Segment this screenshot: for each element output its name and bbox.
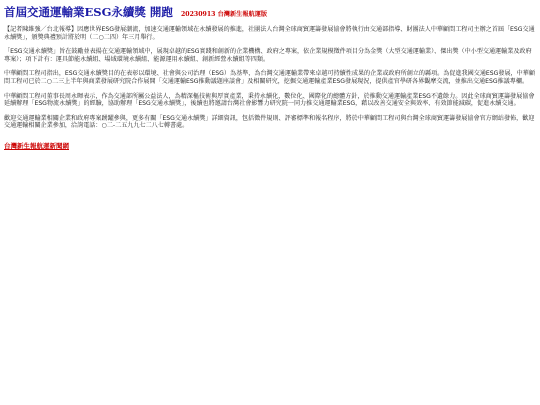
article-paragraph-3: 中華顧問工程司指出，ESG交通永續獎目的在表彰以環境、社會與公司治理（ESG）為… (4, 70, 536, 85)
article-page: 首屆交通運輸業ESG永續獎 開跑 20230913 台灣新生報航運版 【記者陳維… (0, 0, 540, 152)
article-meta: 20230913 台灣新生報航運版 (181, 11, 267, 18)
article-paragraph-1: 【記者陳維強／台北報導】因應世界ESG發展潮流，加速交通運輸領域在永續發展的推進… (4, 26, 536, 41)
source-news-link[interactable]: 台灣新生報航運新聞網 (4, 141, 69, 150)
article-source: 台灣新生報航運版 (218, 11, 268, 18)
article-paragraph-2: 「ESG交通永續獎」旨在鼓勵並表揚在交通運輸領域中，展現卓越的ESG實踐和創新的… (4, 48, 536, 63)
article-date: 20230913 (181, 11, 215, 18)
article-title: 首屆交通運輸業ESG永續獎 開跑 (4, 5, 173, 19)
article-paragraph-5: 歡迎交通運輸業相關企業和政府專案踴躍參與，更多有關「ESG交通永續獎」詳細資訊，… (4, 115, 536, 130)
headline-row: 首屆交通運輸業ESG永續獎 開跑 20230913 台灣新生報航運版 (4, 3, 536, 23)
article-paragraph-4: 中華顧問工程司董事長周永暉表示，作為交通部所屬公益法人，為精深樞技術與厚實產業，… (4, 93, 536, 108)
